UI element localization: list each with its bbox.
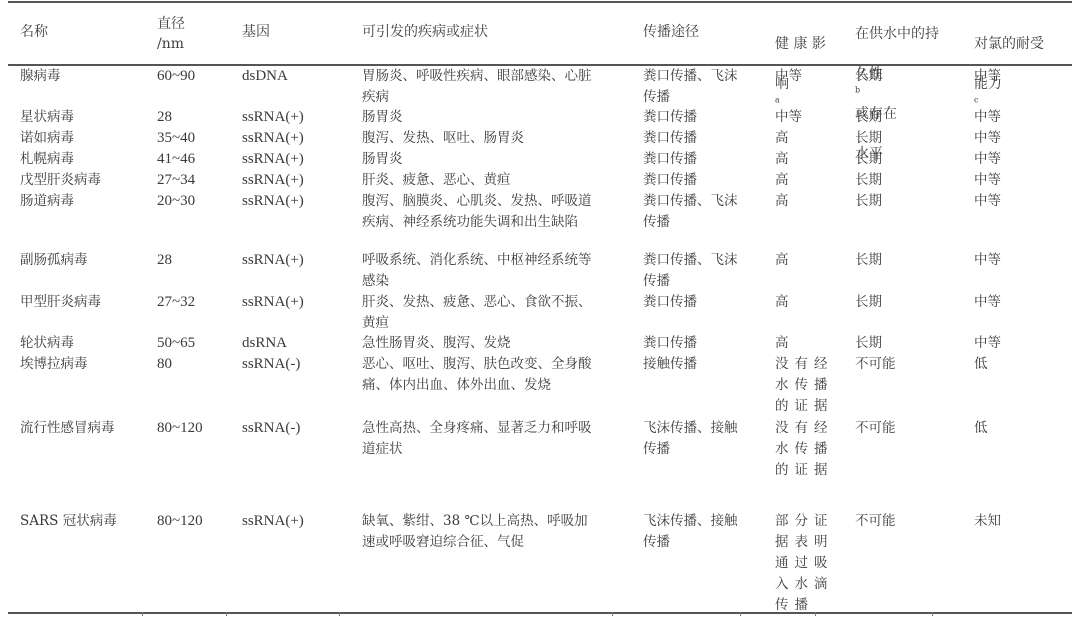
cell-persistence: 长期 <box>855 250 882 271</box>
cell-persistence: 长期 <box>855 149 882 170</box>
cell-chlorine: 中等 <box>974 333 1001 354</box>
cell-name: 埃博拉病毒 <box>20 354 88 375</box>
cell-chlorine: 低 <box>974 418 988 439</box>
header-health-impact: 健 康 影 响 a <box>775 14 826 114</box>
cell-persistence: 不可能 <box>855 418 896 439</box>
cell-diameter: 60~90 <box>157 66 195 87</box>
table-bottom-border <box>8 612 1072 614</box>
cell-disease: 肠胃炎 <box>362 149 403 170</box>
cell-disease: 肝炎、发热、疲惫、恶心、食欲不振、 黄疸 <box>362 292 592 334</box>
cell-disease: 胃肠炎、呼吸性疾病、眼部感染、心脏 疾病 <box>362 66 592 108</box>
column-tick <box>612 612 613 616</box>
cell-disease: 腹泻、发热、呕吐、肠胃炎 <box>362 128 524 149</box>
cell-health: 部分证 据表明 通过吸 入水滴 传播 <box>775 511 834 616</box>
cell-route: 粪口传播 <box>643 170 697 191</box>
cell-health: 高 <box>775 149 789 170</box>
cell-genome: ssRNA(+) <box>242 250 304 271</box>
cell-disease: 肠胃炎 <box>362 107 403 128</box>
cell-route: 粪口传播 <box>643 292 697 313</box>
cell-health: 高 <box>775 333 789 354</box>
cell-diameter: 27~32 <box>157 292 195 313</box>
footnote-c: c <box>974 95 978 104</box>
cell-route: 粪口传播、飞沫 传播 <box>643 66 738 108</box>
cell-health: 中等 <box>775 66 802 87</box>
cell-route: 飞沫传播、接触 传播 <box>643 418 738 460</box>
cell-genome: ssRNA(-) <box>242 418 300 439</box>
cell-persistence: 长期 <box>855 107 882 128</box>
cell-diameter: 28 <box>157 250 172 271</box>
header-diameter: 直径 /nm <box>157 14 185 54</box>
cell-chlorine: 中等 <box>974 128 1001 149</box>
cell-name: 腺病毒 <box>20 66 61 87</box>
column-tick <box>226 612 227 616</box>
cell-persistence: 长期 <box>855 170 882 191</box>
cell-diameter: 80~120 <box>157 511 203 532</box>
cell-genome: ssRNA(+) <box>242 128 304 149</box>
cell-genome: dsRNA <box>242 333 287 354</box>
cell-persistence: 长期 <box>855 66 882 87</box>
cell-disease: 恶心、呕吐、腹泻、肤色改变、全身酸 痛、体内出血、体外出血、发烧 <box>362 354 592 396</box>
cell-name: 甲型肝炎病毒 <box>20 292 101 313</box>
cell-chlorine: 中等 <box>974 250 1001 271</box>
cell-chlorine: 未知 <box>974 511 1001 532</box>
cell-health: 没有经 水传播 的证据 <box>775 418 834 481</box>
cell-health: 高 <box>775 128 789 149</box>
cell-diameter: 50~65 <box>157 333 195 354</box>
cell-health: 中等 <box>775 107 802 128</box>
cell-health: 高 <box>775 191 789 212</box>
cell-route: 粪口传播、飞沫 传播 <box>643 250 738 292</box>
cell-disease: 急性高热、全身疼痛、显著乏力和呼吸 道症状 <box>362 418 592 460</box>
table-top-border <box>8 1 1072 3</box>
cell-chlorine: 中等 <box>974 149 1001 170</box>
cell-disease: 缺氧、紫绀、38 ℃以上高热、呼吸加 速或呼吸窘迫综合征、气促 <box>362 511 588 553</box>
cell-persistence: 长期 <box>855 292 882 313</box>
cell-diameter: 27~34 <box>157 170 195 191</box>
cell-chlorine: 中等 <box>974 66 1001 87</box>
header-route: 传播途径 <box>643 22 699 42</box>
column-tick <box>339 612 340 616</box>
header-chlorine-line1: 对氯的耐受 <box>974 36 1044 52</box>
cell-route: 粪口传播 <box>643 333 697 354</box>
cell-persistence: 长期 <box>855 128 882 149</box>
cell-genome: ssRNA(+) <box>242 292 304 313</box>
cell-chlorine: 中等 <box>974 191 1001 212</box>
cell-health: 高 <box>775 170 789 191</box>
header-chlorine-tolerance: 对氯的耐受 能力 c <box>974 14 1044 114</box>
cell-name: 副肠孤病毒 <box>20 250 88 271</box>
cell-genome: ssRNA(+) <box>242 511 304 532</box>
cell-diameter: 80 <box>157 354 172 375</box>
header-persist-line1: 在供水中的持 <box>855 26 939 42</box>
cell-disease: 肝炎、疲惫、恶心、黄疸 <box>362 170 511 191</box>
column-tick <box>142 612 143 616</box>
cell-diameter: 28 <box>157 107 172 128</box>
header-health-line1: 健 康 影 <box>775 36 826 52</box>
cell-name: 流行性感冒病毒 <box>20 418 115 439</box>
cell-genome: ssRNA(+) <box>242 149 304 170</box>
header-name: 名称 <box>20 22 48 42</box>
cell-diameter: 80~120 <box>157 418 203 439</box>
cell-route: 粪口传播 <box>643 128 697 149</box>
cell-route: 接触传播 <box>643 354 697 375</box>
cell-name: SARS 冠状病毒 <box>20 511 117 532</box>
cell-health: 没有经 水传播 的证据 <box>775 354 834 417</box>
header-disease: 可引发的疾病或症状 <box>362 22 488 42</box>
cell-route: 粪口传播 <box>643 107 697 128</box>
cell-genome: ssRNA(+) <box>242 191 304 212</box>
cell-genome: ssRNA(+) <box>242 107 304 128</box>
cell-persistence: 长期 <box>855 333 882 354</box>
cell-genome: ssRNA(-) <box>242 354 300 375</box>
cell-diameter: 35~40 <box>157 128 195 149</box>
footnote-a: a <box>775 95 780 104</box>
cell-persistence: 长期 <box>855 191 882 212</box>
cell-name: 诺如病毒 <box>20 128 74 149</box>
cell-persistence: 不可能 <box>855 511 896 532</box>
cell-disease: 急性肠胃炎、腹泻、发烧 <box>362 333 511 354</box>
cell-chlorine: 中等 <box>974 292 1001 313</box>
cell-name: 肠道病毒 <box>20 191 74 212</box>
cell-name: 戊型肝炎病毒 <box>20 170 101 191</box>
cell-chlorine: 中等 <box>974 107 1001 128</box>
cell-name: 札幌病毒 <box>20 149 74 170</box>
cell-genome: ssRNA(+) <box>242 170 304 191</box>
cell-name: 星状病毒 <box>20 107 74 128</box>
cell-chlorine: 低 <box>974 354 988 375</box>
cell-name: 轮状病毒 <box>20 333 74 354</box>
column-tick <box>740 612 741 616</box>
header-genome: 基因 <box>242 22 270 42</box>
cell-diameter: 20~30 <box>157 191 195 212</box>
cell-route: 粪口传播、飞沫 传播 <box>643 191 738 233</box>
cell-genome: dsDNA <box>242 66 288 87</box>
cell-diameter: 41~46 <box>157 149 195 170</box>
cell-disease: 呼吸系统、消化系统、中枢神经系统等 感染 <box>362 250 592 292</box>
cell-persistence: 不可能 <box>855 354 896 375</box>
cell-chlorine: 中等 <box>974 170 1001 191</box>
cell-route: 飞沫传播、接触 传播 <box>643 511 738 553</box>
cell-health: 高 <box>775 250 789 271</box>
column-tick <box>932 612 933 616</box>
cell-disease: 腹泻、脑膜炎、心肌炎、发热、呼吸道 疾病、神经系统功能失调和出生缺陷 <box>362 191 592 233</box>
cell-health: 高 <box>775 292 789 313</box>
cell-route: 粪口传播 <box>643 149 697 170</box>
